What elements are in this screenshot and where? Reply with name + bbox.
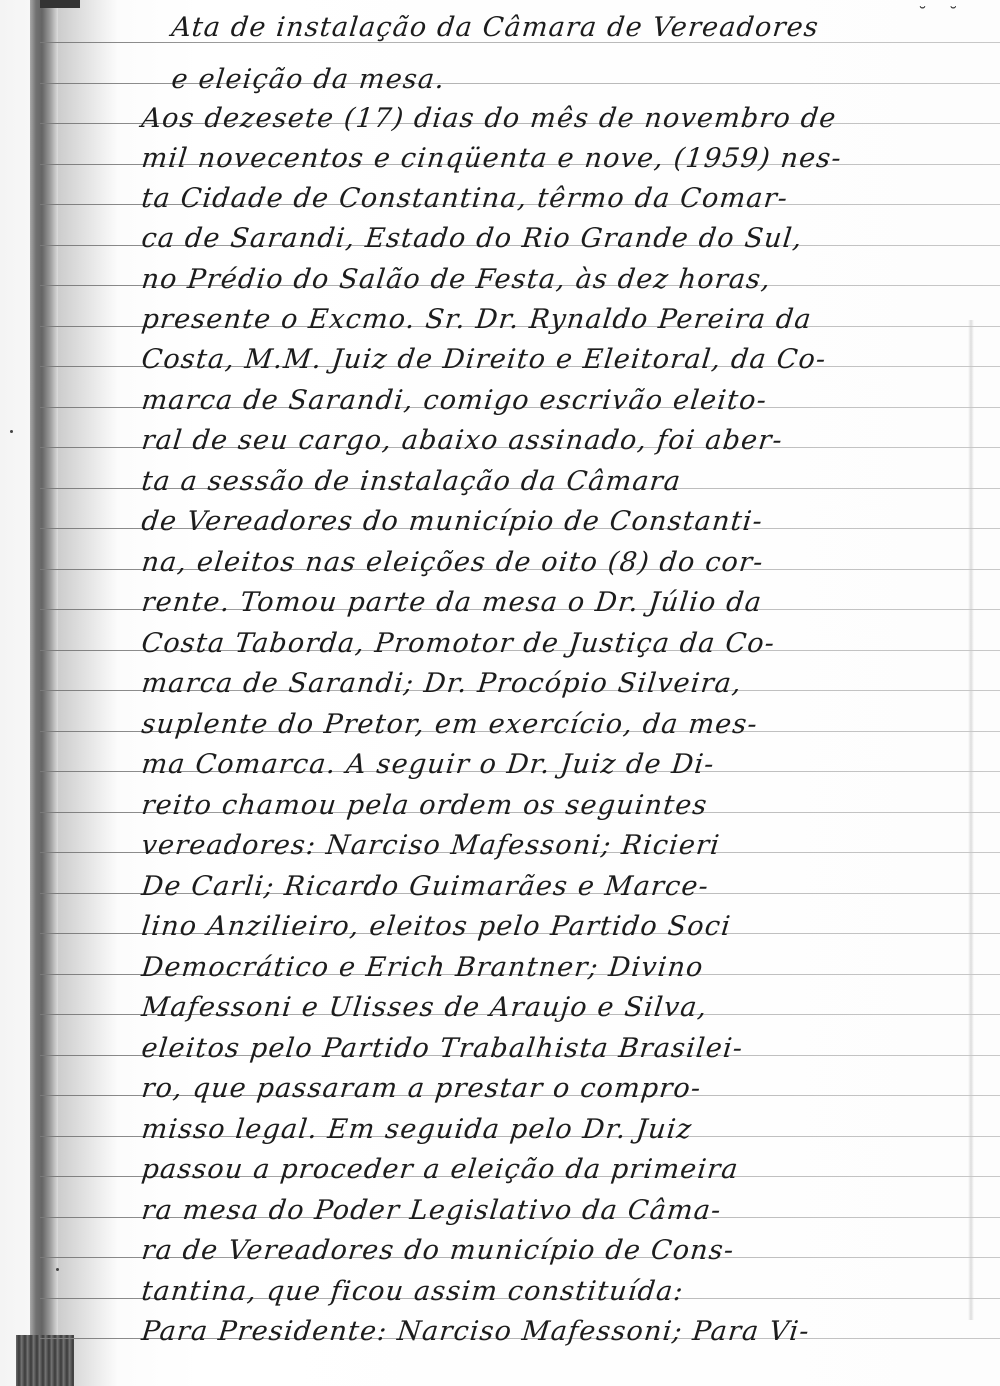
text-line: marca de Sarandi, comigo escrivão eleito… [140, 385, 769, 416]
text-line: Aos dezesete (17) dias do mês de novembr… [140, 103, 838, 134]
text-line: ral de seu cargo, abaixo assinado, foi a… [140, 425, 784, 456]
title-line-1: Ata de instalação da Câmara de Vereadore… [170, 12, 821, 43]
text-line: lino Anzilieiro, eleitos pelo Partido So… [140, 911, 733, 942]
title-line-2: e eleição da mesa. [170, 64, 447, 95]
text-line: misso legal. Em seguida pelo Dr. Juiz [140, 1114, 694, 1145]
text-line: Democrático e Erich Brantner; Divino [140, 952, 705, 983]
text-line: no Prédio do Salão de Festa, às dez hora… [140, 264, 773, 295]
text-line: Para Presidente: Narciso Mafessoni; Para… [140, 1316, 811, 1347]
text-line: ra mesa do Poder Legislativo da Câma- [140, 1195, 723, 1226]
text-line: ta Cidade de Constantina, têrmo da Comar… [140, 183, 790, 214]
text-line: vereadores: Narciso Mafessoni; Ricieri [140, 830, 722, 861]
text-line: tantina, que ficou assim constituída: [140, 1276, 685, 1307]
text-line: ca de Sarandi, Estado do Rio Grande do S… [140, 223, 804, 254]
top-right-marks: ˘ ˘ [918, 4, 966, 25]
text-line: De Carli; Ricardo Guimarães e Marce- [140, 871, 711, 902]
text-line: eleitos pelo Partido Trabalhista Brasile… [140, 1033, 745, 1064]
text-line: ma Comarca. A seguir o Dr. Juiz de Di- [140, 749, 716, 780]
text-line: Costa, M.M. Juiz de Direito e Eleitoral,… [140, 344, 828, 375]
text-line: mil novecentos e cinqüenta e nove, (1959… [140, 143, 843, 174]
text-line: passou a proceder a eleição da primeira [140, 1154, 740, 1185]
stray-mark [10, 430, 13, 433]
text-line: suplente do Pretor, em exercício, da mes… [140, 709, 760, 740]
text-line: Costa Taborda, Promotor de Justiça da Co… [140, 628, 777, 659]
text-line: Mafessoni e Ulisses de Araujo e Silva, [140, 992, 709, 1023]
text-line: na, eleitos nas eleições de oito (8) do … [140, 547, 765, 578]
text-line: ra de Vereadores do município de Cons- [140, 1235, 736, 1266]
text-line: de Vereadores do município de Constanti- [140, 506, 765, 537]
text-line: reito chamou pela ordem os seguintes [140, 790, 709, 821]
document-page: ˘ ˘ Ata de instalação da Câmara de Verea… [0, 0, 1000, 1386]
text-line: presente o Excmo. Sr. Dr. Rynaldo Pereir… [140, 304, 813, 335]
text-line: rente. Tomou parte da mesa o Dr. Júlio d… [140, 587, 764, 618]
text-line: ro, que passaram a prestar o compro- [140, 1073, 703, 1104]
text-line: marca de Sarandi; Dr. Procópio Silveira, [140, 668, 744, 699]
stray-mark [56, 1268, 59, 1271]
text-line: ta a sessão de instalação da Câmara [140, 466, 683, 497]
